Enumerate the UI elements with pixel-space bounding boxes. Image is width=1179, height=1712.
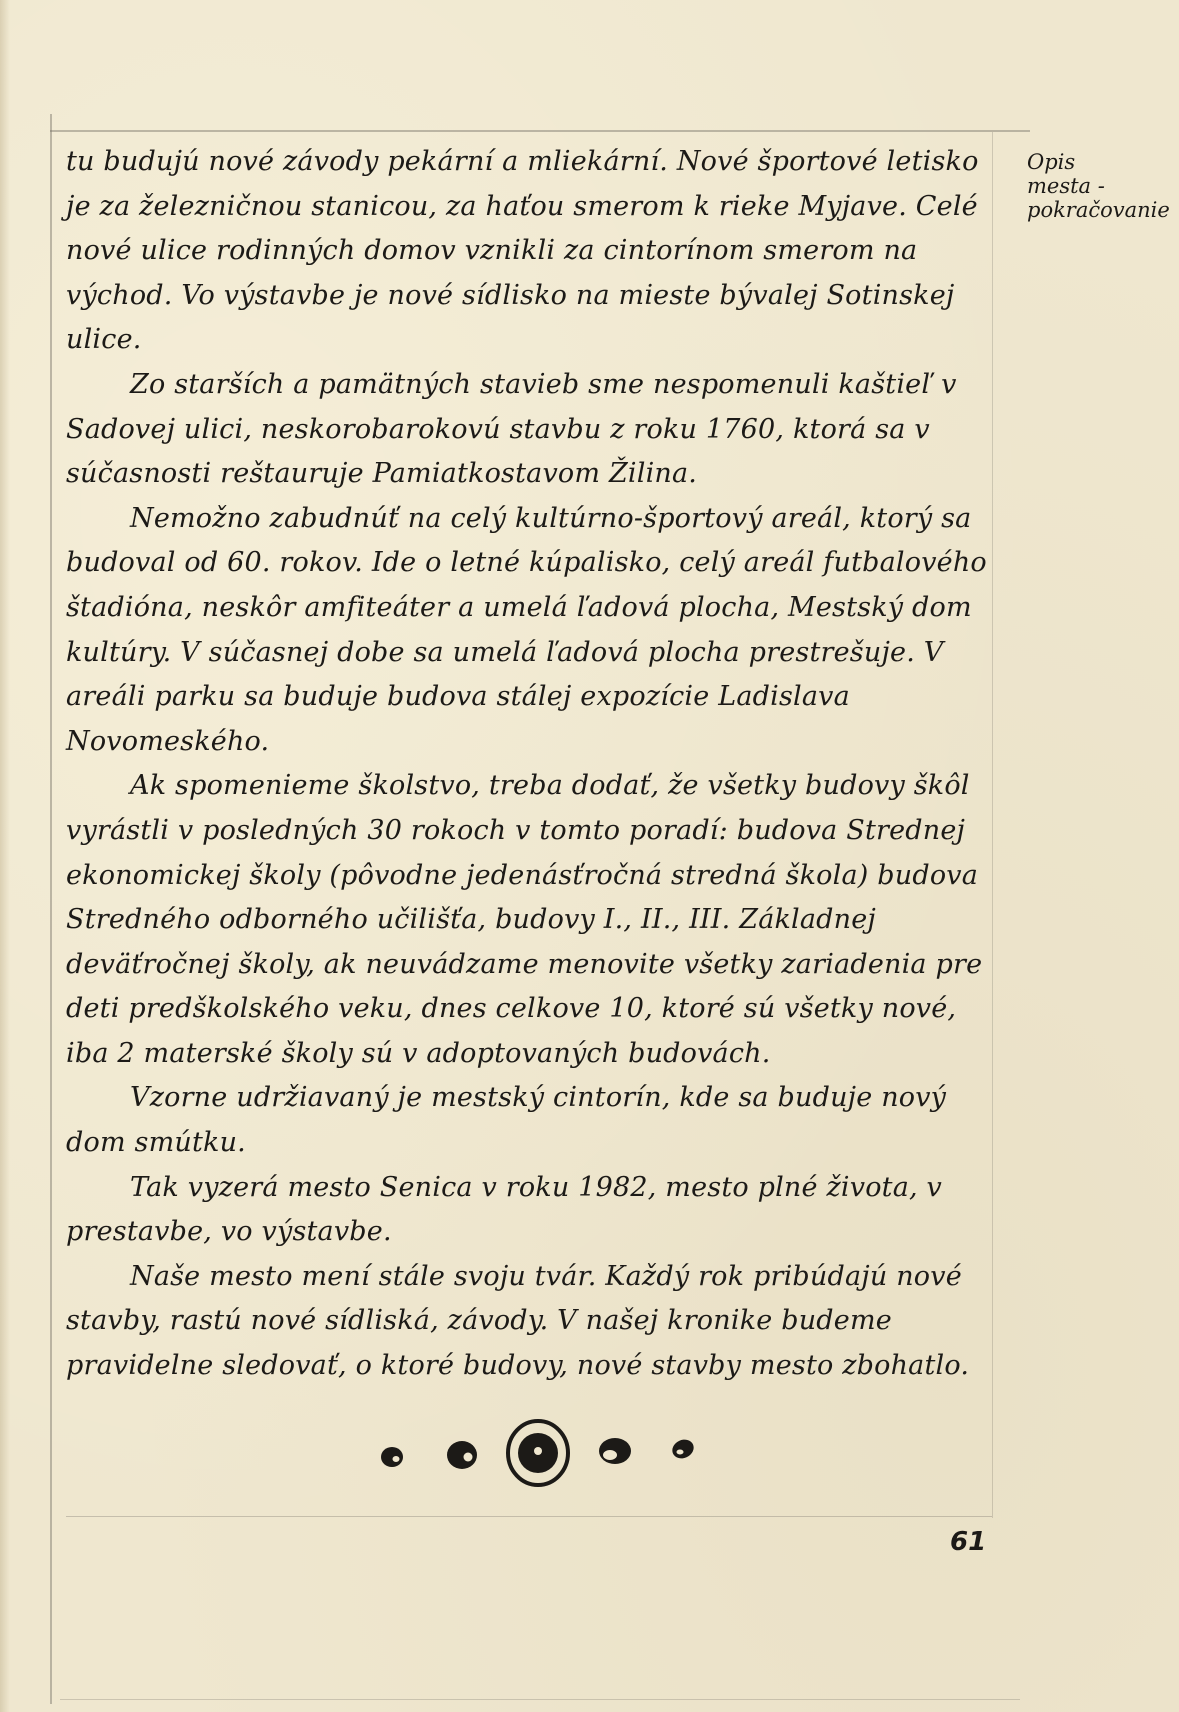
paragraph-schools: Ak spomenieme školstvo, treba dodať, že … — [66, 764, 996, 1076]
margin-note: Opis mesta - pokračovanie — [1027, 150, 1177, 222]
chronicle-body-text: tu budujú nové závody pekární a mliekárn… — [66, 140, 996, 1389]
page-edge-shadow — [0, 0, 10, 1712]
page-number: 61 — [950, 1527, 986, 1557]
paragraph-culture-sports-area: Nemožno zabudnúť na celý kultúrno-športo… — [66, 497, 996, 765]
paragraph-cemetery: Vzorne udržiavaný je mestský cintorín, k… — [66, 1076, 996, 1165]
paragraph-historic-buildings: Zo starších a pamätných stavieb sme nesp… — [66, 363, 996, 497]
paragraph-senica-1982: Tak vyzerá mesto Senica v roku 1982, mes… — [66, 1166, 996, 1255]
paragraph-continuation: tu budujú nové závody pekární a mliekárn… — [66, 140, 996, 363]
five-dot-ornament-icon — [370, 1413, 710, 1493]
margin-note-line: pokračovanie — [1027, 198, 1177, 222]
ruled-frame-inner-bottom-line — [66, 1516, 992, 1517]
margin-note-line: mesta - — [1027, 174, 1177, 198]
margin-note-line: Opis — [1027, 150, 1177, 174]
ruled-frame-outer-bottom-line — [60, 1699, 1020, 1700]
ruled-frame-left-line — [50, 114, 52, 1704]
paragraph-town-changes: Naše mesto mení stále svoju tvár. Každý … — [66, 1255, 996, 1389]
ruled-frame-top-line — [50, 130, 1030, 132]
